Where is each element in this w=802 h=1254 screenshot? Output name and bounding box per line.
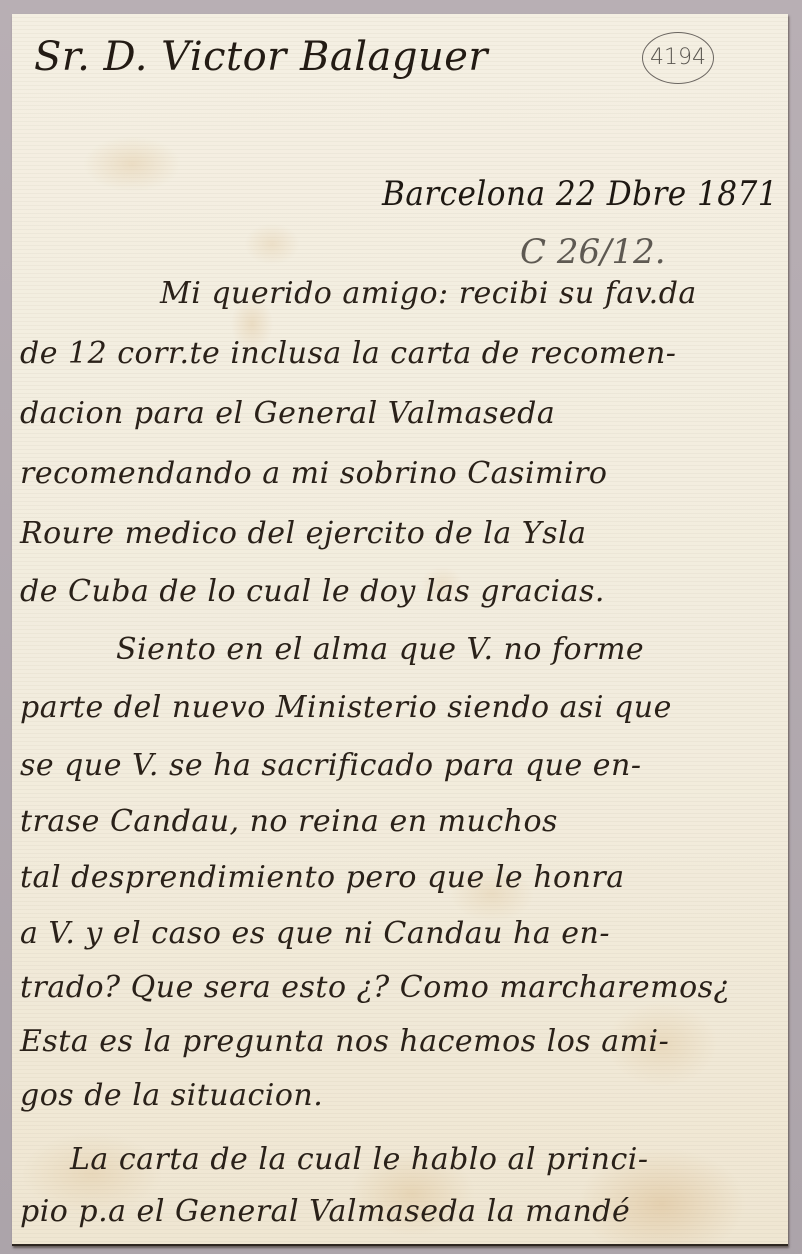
body-line-4: recomendando a mi sobrino Casimiro bbox=[20, 456, 607, 491]
body-line-11: tal desprendimiento pero que le honra bbox=[20, 860, 625, 895]
archive-number-stamp: 4194 bbox=[642, 32, 714, 84]
letter-page: 4194 Sr. D. Victor Balaguer Barcelona 22… bbox=[12, 14, 788, 1246]
body-line-10: trase Candau, no reina en muchos bbox=[20, 804, 558, 839]
body-line-9: se que V. se ha sacrificado para que en- bbox=[20, 748, 642, 783]
body-line-12: a V. y el caso es que ni Candau ha en- bbox=[20, 916, 610, 951]
place-date-line: Barcelona 22 Dbre 1871 bbox=[382, 174, 778, 214]
body-line-16: La carta de la cual le hablo al princi- bbox=[70, 1142, 649, 1177]
body-line-15: gos de la situacion. bbox=[20, 1078, 323, 1113]
body-line-14: Esta es la pregunta nos hacemos los ami- bbox=[20, 1024, 669, 1059]
body-line-17: pio p.a el General Valmaseda la mandé bbox=[20, 1194, 630, 1229]
addressee-line: Sr. D. Victor Balaguer bbox=[34, 34, 488, 80]
body-line-2: de 12 corr.te inclusa la carta de recome… bbox=[20, 336, 676, 371]
body-line-1: Mi querido amigo: recibi su fav.da bbox=[160, 276, 697, 311]
body-line-8: parte del nuevo Ministerio siendo asi qu… bbox=[20, 690, 672, 725]
body-line-7: Siento en el alma que V. no forme bbox=[116, 632, 644, 667]
body-line-3: dacion para el General Valmaseda bbox=[20, 396, 555, 431]
received-date-note: C 26/12. bbox=[520, 232, 666, 272]
body-line-5: Roure medico del ejercito de la Ysla bbox=[20, 516, 586, 551]
body-line-6: de Cuba de lo cual le doy las gracias. bbox=[20, 574, 605, 609]
body-line-13: trado? Que sera esto ¿? Como marcharemos… bbox=[20, 970, 730, 1005]
